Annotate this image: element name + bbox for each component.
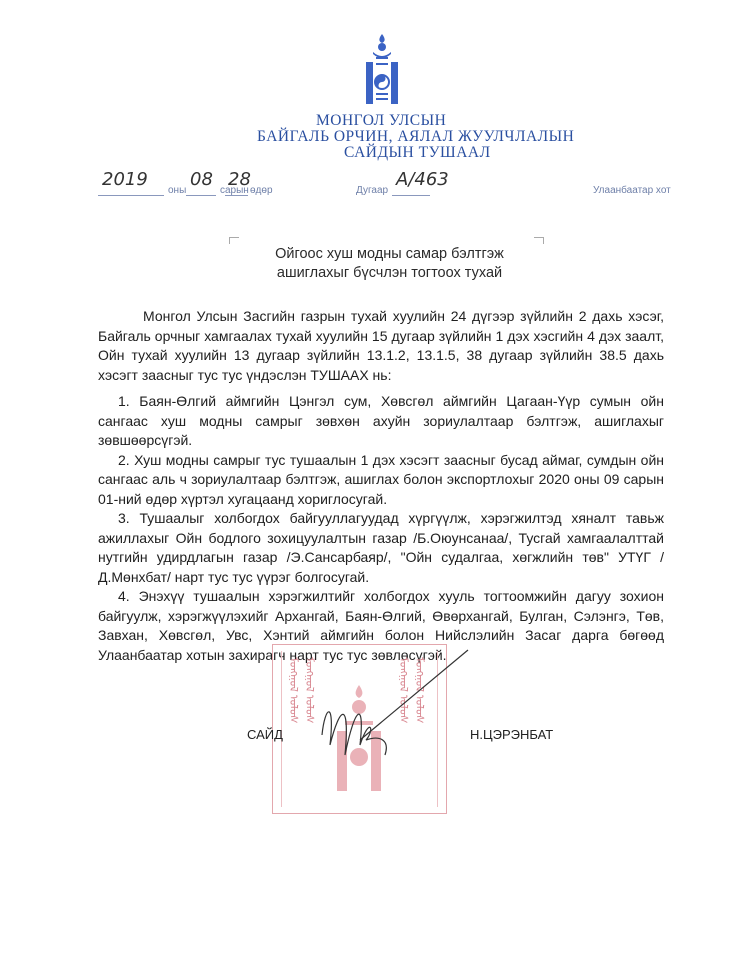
soyombo-emblem-icon: [364, 32, 400, 112]
day-label: өдөр: [250, 185, 273, 196]
handwritten-signature-icon: [300, 645, 480, 785]
signatory-title: САЙД: [247, 727, 283, 742]
number-label: Дугаар: [356, 185, 388, 196]
title-line-2: ашиглахыг бүсчлэн тогтоох тухай: [0, 264, 749, 283]
order-number-field: Дугаар А/463: [356, 175, 466, 201]
ministry-line-2: БАЙГАЛЬ ОРЧИН, АЯЛАЛ ЖУУЛЧЛАЛЫН: [257, 128, 574, 145]
year-label: оны: [168, 185, 186, 196]
ministry-line-1: МОНГОЛ УЛСЫН: [316, 112, 446, 129]
month-value: 08: [190, 169, 213, 190]
signatory-name: Н.ЦЭРЭНБАТ: [470, 727, 553, 742]
ministry-line-3: САЙДЫН ТУШААЛ: [344, 144, 491, 161]
city-label: Улаанбаатар хот: [593, 185, 671, 196]
preamble-text: Монгол Улсын Засгийн газрын тухай хуулий…: [98, 307, 664, 385]
title-corner-left: [229, 237, 239, 244]
city-field: Улаанбаатар хот: [593, 175, 713, 201]
number-value: А/463: [396, 169, 449, 190]
day-value: 28: [228, 169, 251, 190]
order-item-3: 3. Тушаалыг холбогдох байгууллагуудад хү…: [98, 509, 664, 587]
date-field: 2019 оны 08 сарын 28 өдөр: [98, 175, 288, 201]
document-title: Ойгоос хуш модны самар бэлтгэж ашиглахыг…: [0, 245, 749, 283]
order-item-1: 1. Баян-Өлгий аймгийн Цэнгэл сум, Хөвсгө…: [98, 392, 664, 451]
title-corner-right: [534, 237, 544, 244]
year-value: 2019: [102, 169, 148, 190]
title-line-1: Ойгоос хуш модны самар бэлтгэж: [0, 245, 749, 264]
preamble: Монгол Улсын Засгийн газрын тухай хуулий…: [98, 307, 664, 385]
order-item-2: 2. Хуш модны самрыг тус тушаалын 1 дэх х…: [98, 451, 664, 510]
order-items: 1. Баян-Өлгий аймгийн Цэнгэл сум, Хөвсгө…: [98, 392, 664, 665]
